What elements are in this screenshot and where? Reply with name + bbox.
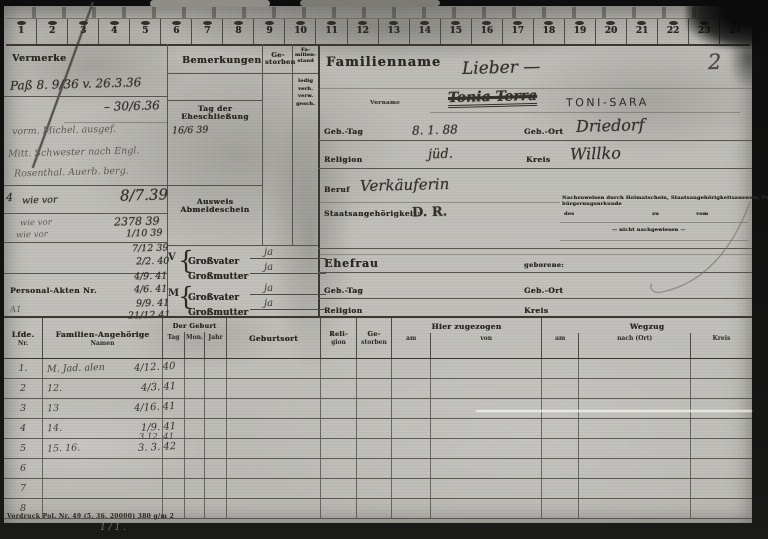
birth-month-cell xyxy=(184,399,204,418)
ruler-tick-mark xyxy=(172,21,181,25)
header-wegzug-group: Wegzug am nach (Ort) Kreis xyxy=(541,318,752,358)
member-date: 4/3. 41 xyxy=(141,381,177,394)
ruler-cell: 18 xyxy=(533,19,564,44)
died-cell xyxy=(356,479,391,498)
bemerkungen-label: Bemerkungen xyxy=(182,56,262,66)
moveout-date-cell xyxy=(541,379,578,398)
member-date: 4/12. 40 xyxy=(134,361,176,374)
ruler-tick-mark xyxy=(296,21,305,25)
geb-ort2-label: Geb.-Ort xyxy=(524,287,563,295)
member-name: 15. 16. xyxy=(47,442,81,454)
moveout-date-cell xyxy=(541,499,578,518)
ruler-number: 7 xyxy=(192,26,222,36)
ruler-tick-mark xyxy=(141,21,150,25)
geb-tag2-label: Geb.-Tag xyxy=(324,287,363,295)
moveout-kreis-cell xyxy=(690,459,752,478)
movedin-date-cell xyxy=(391,499,430,518)
moveout-kreis-cell xyxy=(690,479,752,498)
rule-line xyxy=(167,100,262,101)
rule-line xyxy=(262,44,263,245)
birth-year-cell xyxy=(204,459,226,478)
row-number: 1. xyxy=(4,359,42,378)
birth-year-cell xyxy=(204,499,226,518)
kreis2-label: Kreis xyxy=(524,307,548,315)
movedin-date-cell xyxy=(391,439,430,458)
rule-line xyxy=(292,44,293,245)
grossmutter-value: ja xyxy=(250,298,326,310)
died-cell xyxy=(356,459,391,478)
birth-year-cell xyxy=(204,479,226,498)
member-name: 13 xyxy=(47,403,59,414)
geborene-label: geborene: xyxy=(524,262,564,269)
header-geburt-group: Der Geburt Tag Mon. Jahr xyxy=(162,318,226,358)
ruler-tick-mark xyxy=(265,21,274,25)
moveout-place-cell xyxy=(578,499,690,518)
torn-edge-blob xyxy=(150,0,270,7)
staatsangehoerigkeit-label: Staatsangehörigkeit: xyxy=(324,210,420,218)
row-number: 6 xyxy=(4,459,42,478)
ruler-cell: 4 xyxy=(98,19,129,44)
ruler-number: 17 xyxy=(503,26,533,36)
family-members-table: Lfde. Nr. Familien-Angehörige Namen Der … xyxy=(4,316,752,519)
handwritten-note: wie vor xyxy=(22,196,58,206)
member-name-cell xyxy=(42,479,162,498)
member-name-cell xyxy=(42,459,162,478)
ruler-number: 15 xyxy=(441,26,471,36)
birth-month-cell xyxy=(184,419,204,438)
moveout-place-cell xyxy=(578,399,690,418)
religion-cell xyxy=(320,399,356,418)
ruler-cell: 13 xyxy=(378,19,409,44)
table-row: 414.1/9. 413.12. 41 xyxy=(4,419,752,439)
ruler-number: 13 xyxy=(379,26,409,36)
religion-cell xyxy=(320,439,356,458)
ausweis-abmeldeschein-label: AusweisAbmeldeschein xyxy=(170,198,260,214)
personal-akten-label: Personal-Akten Nr. xyxy=(10,287,97,295)
ruler-cell: 3 xyxy=(67,19,98,44)
movedin-from-cell xyxy=(430,379,541,398)
rule-line xyxy=(4,96,167,97)
table-row: 6 xyxy=(4,459,752,479)
ruler-number: 8 xyxy=(223,26,253,36)
moveout-place-cell xyxy=(578,439,690,458)
ruler-tick-mark xyxy=(234,21,243,25)
ruler-tick-mark xyxy=(482,21,491,25)
header-tag: Tag xyxy=(163,332,184,358)
ruler-cell: 17 xyxy=(502,19,533,44)
staatsangehoerigkeit-value: D. R. xyxy=(412,206,448,220)
header-wegzug-subcolumns: am nach (Ort) Kreis xyxy=(542,333,752,358)
member-name-cell: M. Jad. alen4/12. 40 xyxy=(42,359,162,378)
religion-label: Religion xyxy=(324,156,362,164)
table-row: 1.M. Jad. alen4/12. 40 xyxy=(4,359,752,379)
ruler-upper-ticks xyxy=(6,7,750,19)
ruler-cell: 15 xyxy=(440,19,471,44)
moveout-kreis-cell xyxy=(690,499,752,518)
familienname-label: Familienname xyxy=(326,56,441,70)
ruler-tick-mark xyxy=(451,21,460,25)
member-name: M. Jad. alen xyxy=(47,362,105,375)
rule-line xyxy=(167,73,318,74)
grossmutter-label: Großmutter xyxy=(188,272,248,282)
form-print-reference: Vordruck Pol. Nr. 49 (5. 36. 20000) 380 … xyxy=(7,513,174,520)
handwritten-note: wie vor xyxy=(16,231,48,240)
header-zugezogen-subcolumns: am von xyxy=(392,333,541,358)
moveout-kreis-cell xyxy=(690,419,752,438)
ruler-number: 2 xyxy=(37,26,67,36)
ruler-cell: 19 xyxy=(564,19,595,44)
died-cell xyxy=(356,379,391,398)
birth-month-cell xyxy=(184,379,204,398)
died-cell xyxy=(356,419,391,438)
vorname-block-value: TONI-SARA xyxy=(566,96,649,110)
moveout-place-cell xyxy=(578,459,690,478)
moveout-date-cell xyxy=(541,459,578,478)
ruler-tick-mark xyxy=(203,21,212,25)
handwritten-date: 2/2. 40 xyxy=(136,257,170,267)
birth-day-cell xyxy=(162,479,184,498)
center-divider-line xyxy=(318,44,320,316)
rule-line xyxy=(318,202,560,203)
ruler-number: 1 xyxy=(6,26,36,36)
handwritten-note: vorm. Michel. ausgef. xyxy=(12,125,116,137)
died-cell xyxy=(356,439,391,458)
paper-card: 123456789101112131415161718192021222324 … xyxy=(4,6,752,523)
moveout-kreis-cell xyxy=(690,399,752,418)
ruler-number: 5 xyxy=(130,26,160,36)
white-scratch-line xyxy=(476,410,752,412)
beruf-value: Verkäuferin xyxy=(360,177,450,194)
ruler-number: 10 xyxy=(285,26,315,36)
ruler-cell: 9 xyxy=(253,19,284,44)
ruler-cell: 12 xyxy=(347,19,378,44)
religion-value: jüd. xyxy=(428,148,453,162)
member-name-cell: 12.4/3. 41 xyxy=(42,379,162,398)
birthplace-cell xyxy=(226,419,320,438)
grandparent-row: Großvater ja xyxy=(188,249,314,263)
header-weg-nach: nach (Ort) xyxy=(578,333,689,358)
birth-year-cell xyxy=(204,439,226,458)
handwritten-margin-mark: A1 xyxy=(10,306,22,315)
ruler-cell: 21 xyxy=(626,19,657,44)
ruler-cell: 6 xyxy=(160,19,191,44)
vorname-crossed-value: Tonia Terra xyxy=(448,89,538,108)
geb-ort-value: Driedorf xyxy=(576,117,645,135)
moveout-date-cell xyxy=(541,419,578,438)
moveout-date-cell xyxy=(541,479,578,498)
movedin-from-cell xyxy=(430,499,541,518)
ruler-cell: 2 xyxy=(36,19,67,44)
birth-year-cell xyxy=(204,359,226,378)
moveout-date-cell xyxy=(541,439,578,458)
ruler-number: 18 xyxy=(534,26,564,36)
handwritten-note: – 30/6.36 xyxy=(104,99,160,112)
ruler-cell: 16 xyxy=(471,19,502,44)
table-row: 212.4/3. 41 xyxy=(4,379,752,399)
table-row: 3134/16. 41 xyxy=(4,399,752,419)
movedin-date-cell xyxy=(391,379,430,398)
scanned-document-page: { "scan": { "page_number": "2", "footer_… xyxy=(0,0,768,539)
died-cell xyxy=(356,399,391,418)
member-name-cell: 134/16. 41 xyxy=(42,399,162,418)
ruler-cell: 1 xyxy=(6,19,36,44)
handwritten-note: Rosenthal. Auerb. berg. xyxy=(14,166,129,179)
grandparent-row: Großvater ja xyxy=(188,285,314,299)
religion-cell xyxy=(320,479,356,498)
religion-cell xyxy=(320,499,356,518)
header-zug-von: von xyxy=(430,333,541,358)
ehefrau-label: Ehefrau xyxy=(324,258,379,270)
handwritten-date: 8/7.39 xyxy=(120,187,168,203)
handwritten-date: 4/9. 41 xyxy=(134,272,168,282)
religion-cell xyxy=(320,379,356,398)
header-religion: Reli- gion xyxy=(320,318,356,358)
birth-year-cell xyxy=(204,399,226,418)
page-number: 2 xyxy=(708,52,722,73)
birth-day-cell xyxy=(162,459,184,478)
header-geburtsort: Geburtsort xyxy=(226,318,320,358)
geb-tag-value: 8. 1. 88 xyxy=(412,123,458,136)
ruler-tick-mark xyxy=(544,21,553,25)
grandparent-row: Großmutter ja xyxy=(188,264,314,278)
header-lfde-nr: Lfde. Nr. xyxy=(4,318,42,358)
torn-edge-blob xyxy=(300,0,440,6)
nachweis-small-print: bürgerungsurkunde xyxy=(562,202,622,207)
ruler-cell: 22 xyxy=(657,19,688,44)
ruler-number: 21 xyxy=(627,26,657,36)
table-row: 7 xyxy=(4,479,752,499)
handwritten-date: 2378 39 xyxy=(114,215,160,227)
ruler-tick-mark xyxy=(17,21,26,25)
familienstand-column-label: Fa-milien-stand xyxy=(294,48,317,64)
rule-line xyxy=(430,112,740,113)
ruler-cell: 5 xyxy=(129,19,160,44)
gestorben-column-label: Ge-storben xyxy=(265,52,291,66)
handwritten-date: 9/9. 41 xyxy=(136,299,170,309)
ruler-cell: 20 xyxy=(595,19,626,44)
moveout-kreis-cell xyxy=(690,359,752,378)
movedin-date-cell xyxy=(391,419,430,438)
birthplace-cell xyxy=(226,499,320,518)
ruler-tick-mark xyxy=(48,21,57,25)
movedin-from-cell xyxy=(430,399,541,418)
table-row: 515. 16.3. 3. 42 xyxy=(4,439,752,459)
grandparent-row: Großmutter ja xyxy=(188,300,314,314)
ruler-tick-mark xyxy=(327,21,336,25)
header-zugezogen-group: Hier zugezogen am von xyxy=(391,318,541,358)
movedin-date-cell xyxy=(391,459,430,478)
movedin-from-cell xyxy=(430,439,541,458)
handwritten-date: 16/6 39 xyxy=(172,126,209,136)
birthplace-cell xyxy=(226,479,320,498)
moveout-kreis-cell xyxy=(690,439,752,458)
ruler-tick-mark xyxy=(513,21,522,25)
ruler-tick-mark xyxy=(358,21,367,25)
ruler-cell: 11 xyxy=(315,19,346,44)
member-date: 4/16. 41 xyxy=(134,401,176,414)
ruler-tick-mark xyxy=(79,21,88,25)
birthplace-cell xyxy=(226,439,320,458)
ruler-cell: 8 xyxy=(222,19,253,44)
ruler-cell: 7 xyxy=(191,19,222,44)
birth-month-cell xyxy=(184,359,204,378)
header-geburt-subcolumns: Tag Mon. Jahr xyxy=(163,332,226,358)
ruler-number: 11 xyxy=(316,26,346,36)
pencil-curve-stroke xyxy=(618,196,758,306)
handwritten-note: Paß 8. 9/36 v. 26.3.36 xyxy=(10,76,142,91)
row-number: 7 xyxy=(4,479,42,498)
nachweis-des-label: des xyxy=(564,212,574,217)
moveout-place-cell xyxy=(578,379,690,398)
died-cell xyxy=(356,499,391,518)
vorname-label: Vorname xyxy=(370,101,400,107)
religion2-label: Religion xyxy=(324,307,362,315)
movedin-from-cell xyxy=(430,359,541,378)
ruler-number: 19 xyxy=(565,26,595,36)
moveout-kreis-cell xyxy=(690,379,752,398)
handwritten-date: 1/10 39 xyxy=(126,229,163,239)
birth-year-cell xyxy=(204,379,226,398)
ruler-tick-mark xyxy=(389,21,398,25)
ruler-number: 6 xyxy=(161,26,191,36)
grossvater-value: ja xyxy=(250,283,326,295)
ruler-tick-mark xyxy=(637,21,646,25)
ruler-number: 14 xyxy=(410,26,440,36)
religion-cell xyxy=(320,359,356,378)
rule-line xyxy=(318,168,752,169)
ruler-number: 12 xyxy=(348,26,378,36)
rule-line xyxy=(318,140,752,141)
row-number: 3 xyxy=(4,399,42,418)
header-weg-kreis: Kreis xyxy=(690,333,752,358)
kreis-value: Willko xyxy=(570,145,621,162)
header-gestorben: Ge- storben xyxy=(356,318,391,358)
member-name-cell: 14.1/9. 413.12. 41 xyxy=(42,419,162,438)
handwritten-note: Mitt. Schwester nach Engl. xyxy=(8,146,140,159)
moveout-place-cell xyxy=(578,419,690,438)
moveout-place-cell xyxy=(578,479,690,498)
birth-month-cell xyxy=(184,439,204,458)
familienname-value: Lieber — xyxy=(462,59,541,78)
header-weg-am: am xyxy=(542,333,578,358)
grossvater-value: ja xyxy=(250,247,326,259)
header-jahr: Jahr xyxy=(204,332,226,358)
movedin-date-cell xyxy=(391,399,430,418)
member-name-cell: 15. 16.3. 3. 42 xyxy=(42,439,162,458)
family-table-body: 1.M. Jad. alen4/12. 40212.4/3. 413134/16… xyxy=(4,359,752,519)
ruler-tick-mark xyxy=(606,21,615,25)
row-number: 5 xyxy=(4,439,42,458)
column-ruler: 123456789101112131415161718192021222324 xyxy=(6,7,750,46)
birthplace-cell xyxy=(226,379,320,398)
pencil-margin-marks: 1 / 1 . xyxy=(100,523,126,533)
member-date: 3. 3. 42 xyxy=(138,441,177,454)
family-table-header: Lfde. Nr. Familien-Angehörige Namen Der … xyxy=(4,318,752,359)
birthplace-cell xyxy=(226,459,320,478)
ruler-number: 16 xyxy=(472,26,502,36)
birth-month-cell xyxy=(184,459,204,478)
ruler-number: 4 xyxy=(99,26,129,36)
header-familien-angehoerige: Familien-Angehörige Namen xyxy=(42,318,162,358)
movedin-from-cell xyxy=(430,419,541,438)
row-number: 4 xyxy=(4,419,42,438)
corner-ink-blotch xyxy=(686,0,768,48)
movedin-date-cell xyxy=(391,479,430,498)
moveout-date-cell xyxy=(541,359,578,378)
vermerke-label: Vermerke xyxy=(12,54,66,64)
moveout-place-cell xyxy=(578,359,690,378)
corner-ink-smudge xyxy=(728,44,762,90)
religion-cell xyxy=(320,419,356,438)
geb-ort-label: Geb.-Ort xyxy=(524,128,563,136)
birth-year-cell xyxy=(204,419,226,438)
member-name: 12. xyxy=(47,383,62,395)
ruler-tick-mark xyxy=(420,21,429,25)
ruler-cells: 123456789101112131415161718192021222324 xyxy=(6,19,750,44)
handwritten-date: 4/6. 41 xyxy=(134,285,168,295)
religion-cell xyxy=(320,459,356,478)
ruler-cell: 10 xyxy=(284,19,315,44)
movedin-date-cell xyxy=(391,359,430,378)
moveout-date-cell xyxy=(541,399,578,418)
row-number: 2 xyxy=(4,379,42,398)
ruler-number: 22 xyxy=(658,26,688,36)
movedin-from-cell xyxy=(430,459,541,478)
birthplace-cell xyxy=(226,399,320,418)
familienstand-options: ledig verh. verw. gesch. xyxy=(294,78,317,108)
header-mon: Mon. xyxy=(184,332,204,358)
ruler-number: 9 xyxy=(254,26,284,36)
ruler-tick-mark xyxy=(575,21,584,25)
member-name: 14. xyxy=(47,423,62,435)
ruler-number: 20 xyxy=(596,26,626,36)
ruler-cell: 14 xyxy=(409,19,440,44)
birth-month-cell xyxy=(184,479,204,498)
tag-der-eheschliessung-label: Tag derEheschließung xyxy=(170,105,260,121)
header-zug-am: am xyxy=(392,333,430,358)
geb-tag-label: Geb.-Tag xyxy=(324,128,363,136)
birth-month-cell xyxy=(184,499,204,518)
handwritten-date: 7/12 39 xyxy=(132,244,169,254)
handwritten-margin-mark: 4 xyxy=(6,192,13,203)
movedin-from-cell xyxy=(430,479,541,498)
ruler-number: 3 xyxy=(68,26,98,36)
birthplace-cell xyxy=(226,359,320,378)
grossmutter-value: ja xyxy=(250,262,326,274)
ruler-tick-mark xyxy=(110,21,119,25)
died-cell xyxy=(356,359,391,378)
beruf-label: Beruf xyxy=(324,186,350,194)
ruler-tick-mark xyxy=(669,21,678,25)
kreis-label: Kreis xyxy=(526,156,550,164)
handwritten-note: wie vor xyxy=(20,219,52,228)
